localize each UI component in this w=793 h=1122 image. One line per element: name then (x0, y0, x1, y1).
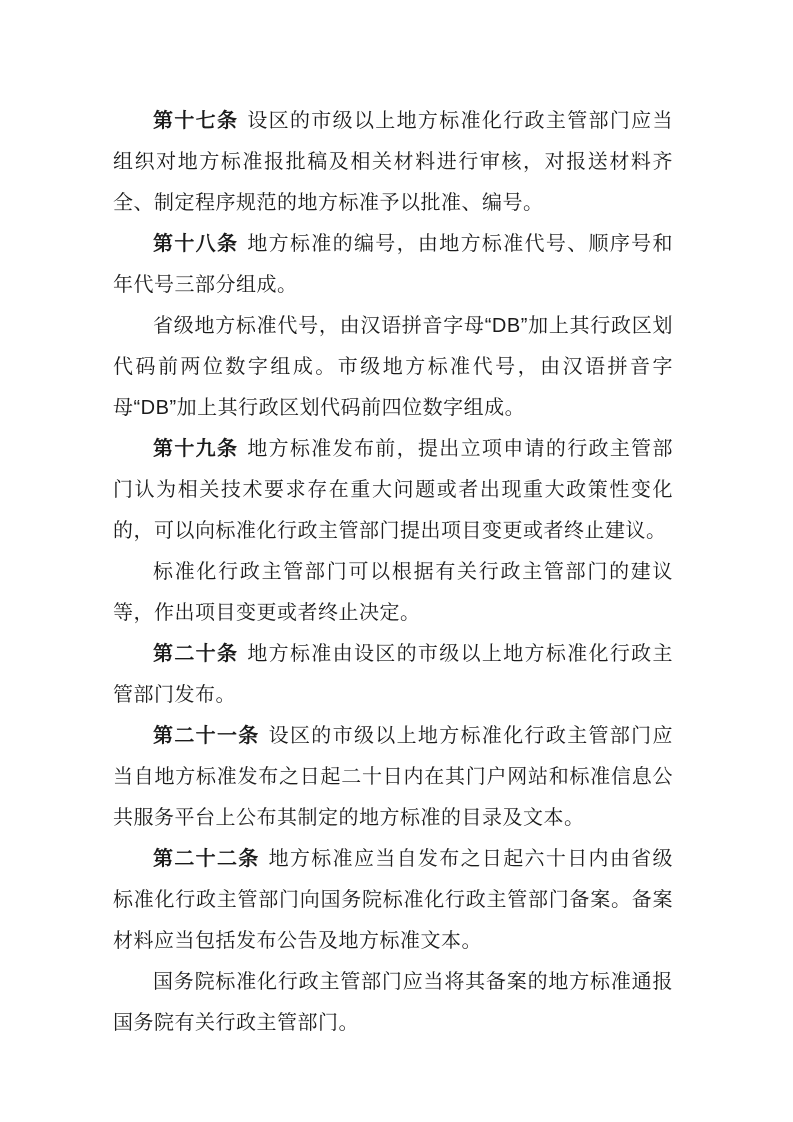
article-number: 第十九条 (153, 438, 238, 460)
paragraph: 第十九条地方标准发布前，提出立项申请的行政主管部门认为相关技术要求存在重大问题或… (113, 429, 673, 552)
paragraph: 标准化行政主管部门可以根据有关行政主管部门的建议等，作出项目变更或者终止决定。 (113, 552, 673, 634)
article-number: 第二十条 (153, 643, 238, 665)
article-number: 第十七条 (153, 110, 238, 132)
paragraph: 第十八条地方标准的编号，由地方标准代号、顺序号和年代号三部分组成。 (113, 224, 673, 306)
paragraph-text: 省级地方标准代号，由汉语拼音字母“DB”加上其行政区划代码前两位数字组成。市级地… (113, 315, 673, 419)
paragraph-text: 标准化行政主管部门可以根据有关行政主管部门的建议等，作出项目变更或者终止决定。 (113, 561, 673, 624)
document-body: 第十七条设区的市级以上地方标准化行政主管部门应当组织对地方标准报批稿及相关材料进… (113, 101, 673, 1044)
article-number: 第二十一条 (153, 725, 260, 747)
paragraph: 国务院标准化行政主管部门应当将其备案的地方标准通报国务院有关行政主管部门。 (113, 962, 673, 1044)
paragraph: 省级地方标准代号，由汉语拼音字母“DB”加上其行政区划代码前两位数字组成。市级地… (113, 306, 673, 429)
paragraph: 第十七条设区的市级以上地方标准化行政主管部门应当组织对地方标准报批稿及相关材料进… (113, 101, 673, 224)
article-number: 第二十二条 (153, 848, 260, 870)
paragraph: 第二十二条地方标准应当自发布之日起六十日内由省级标准化行政主管部门向国务院标准化… (113, 839, 673, 962)
document-page: 第十七条设区的市级以上地方标准化行政主管部门应当组织对地方标准报批稿及相关材料进… (0, 0, 793, 1122)
paragraph-text: 国务院标准化行政主管部门应当将其备案的地方标准通报国务院有关行政主管部门。 (113, 971, 673, 1034)
paragraph: 第二十条地方标准由设区的市级以上地方标准化行政主管部门发布。 (113, 634, 673, 716)
article-number: 第十八条 (153, 233, 238, 255)
paragraph: 第二十一条设区的市级以上地方标准化行政主管部门应当自地方标准发布之日起二十日内在… (113, 716, 673, 839)
